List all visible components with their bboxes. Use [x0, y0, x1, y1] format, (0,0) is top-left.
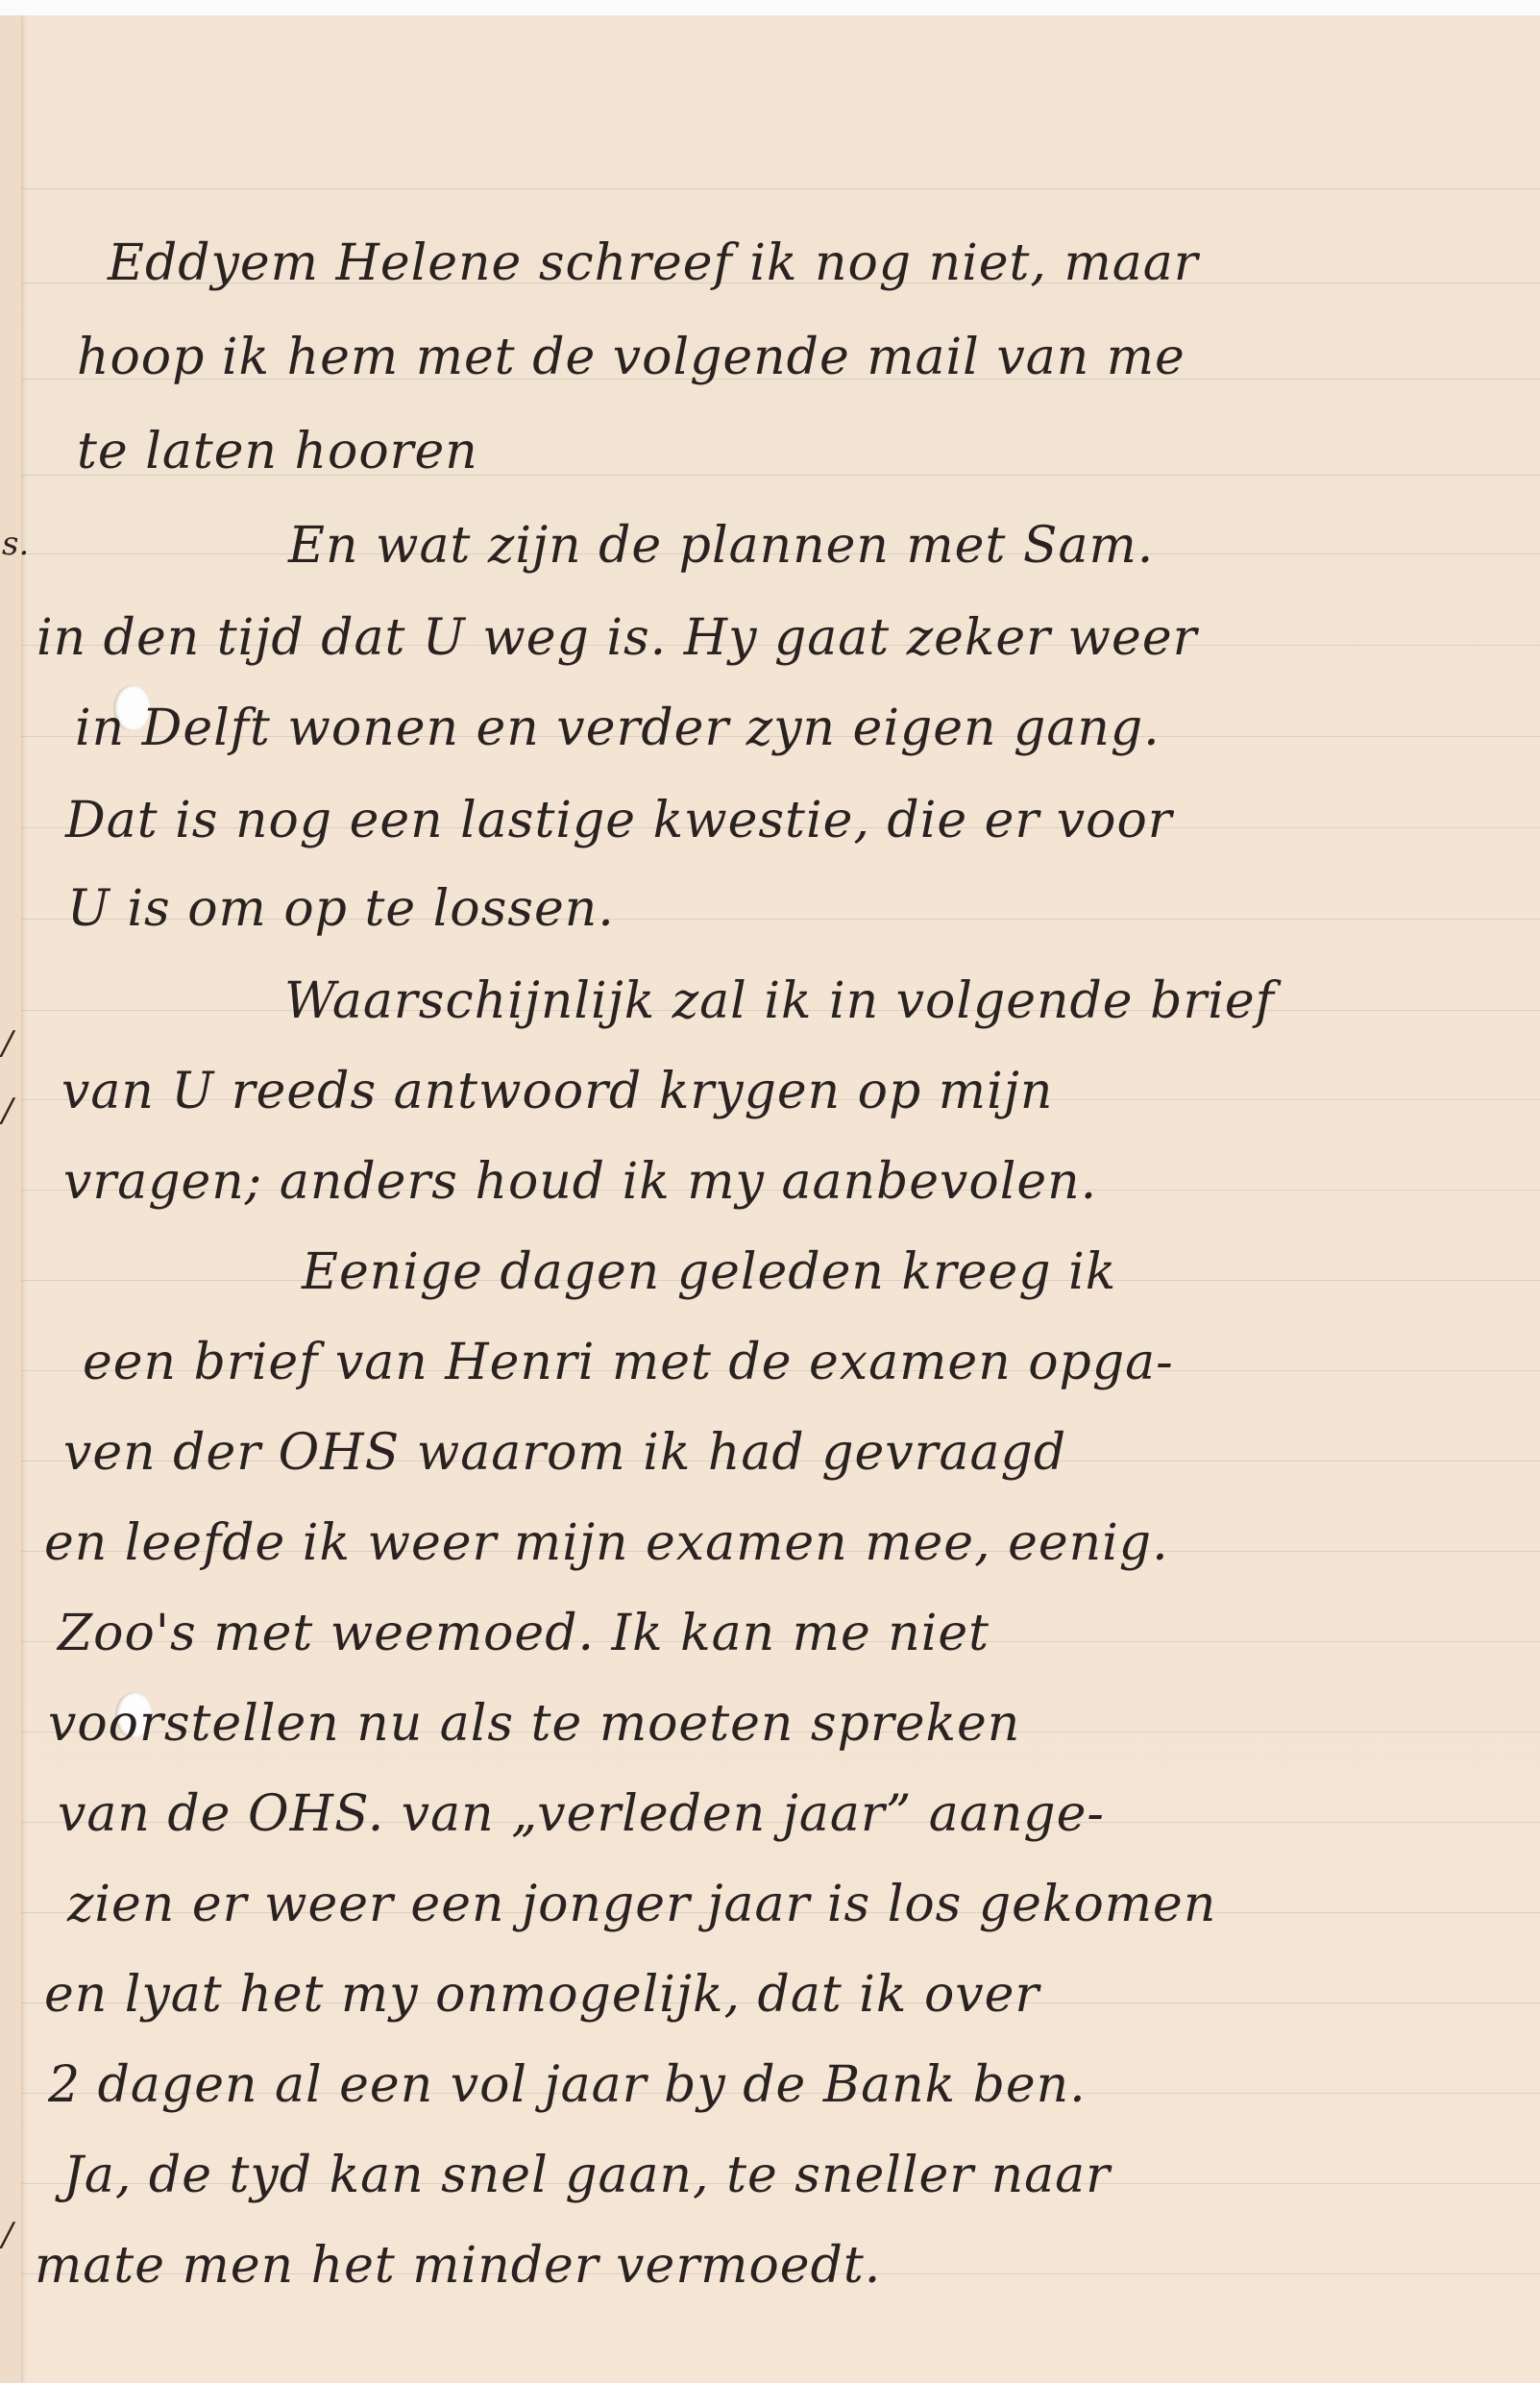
letter-line: 2 dagen al een vol jaar by de Bank ben.: [48, 2056, 1087, 2114]
letter-line: Waarschijnlijk zal ik in volgende brief: [284, 972, 1275, 1030]
letter-line: Eddyem Helene schreef ik nog niet, maar: [108, 234, 1199, 292]
letter-line: in Delft wonen en verder zyn eigen gang.: [75, 700, 1161, 757]
letter-line: zien er weer een jonger jaar is los geko…: [67, 1876, 1216, 1933]
letter-line: hoop ik hem met de volgende mail van me: [77, 329, 1186, 386]
letter-line: een brief van Henri met de examen opga-: [83, 1334, 1174, 1391]
margin-mark: /: [2, 1024, 12, 1063]
margin-mark: s.: [2, 525, 29, 563]
ruled-line: [21, 188, 1540, 189]
letter-line: En wat zijn de plannen met Sam.: [288, 517, 1154, 575]
letter-line: en lyat het my onmogelijk, dat ik over: [44, 1966, 1039, 2024]
letter-line: mate men het minder vermoedt.: [35, 2237, 881, 2295]
letter-line: Dat is nog een lastige kwestie, die er v…: [65, 792, 1173, 849]
letter-line: Ja, de tyd kan snel gaan, te sneller naa…: [63, 2147, 1111, 2204]
letter-line: voorstellen nu als te moeten spreken: [48, 1695, 1020, 1753]
margin-mark: /: [2, 1092, 12, 1130]
letter-line: van U reeds antwoord krygen op mijn: [61, 1063, 1053, 1120]
letter-line: U is om op te lossen.: [67, 880, 615, 938]
letter-line: vragen; anders houd ik my aanbevolen.: [63, 1153, 1097, 1211]
margin-mark: /: [2, 2216, 12, 2254]
letter-page: s. / / / Eddyem Helene schreef ik nog ni…: [0, 15, 1540, 2383]
letter-line: te laten hooren: [77, 423, 478, 480]
letter-line: van de OHS. van „verleden jaar” aange-: [58, 1785, 1105, 1843]
fold-strip: [0, 15, 22, 2383]
letter-line: in den tijd dat U weg is. Hy gaat zeker …: [37, 609, 1197, 667]
letter-line: ven der OHS waarom ik had gevraagd: [63, 1424, 1066, 1482]
letter-line: Zoo's met weemoed. Ik kan me niet: [58, 1605, 990, 1662]
letter-line: en leefde ik weer mijn examen mee, eenig…: [44, 1514, 1169, 1572]
letter-line: Eenige dagen geleden kreeg ik: [302, 1243, 1116, 1301]
